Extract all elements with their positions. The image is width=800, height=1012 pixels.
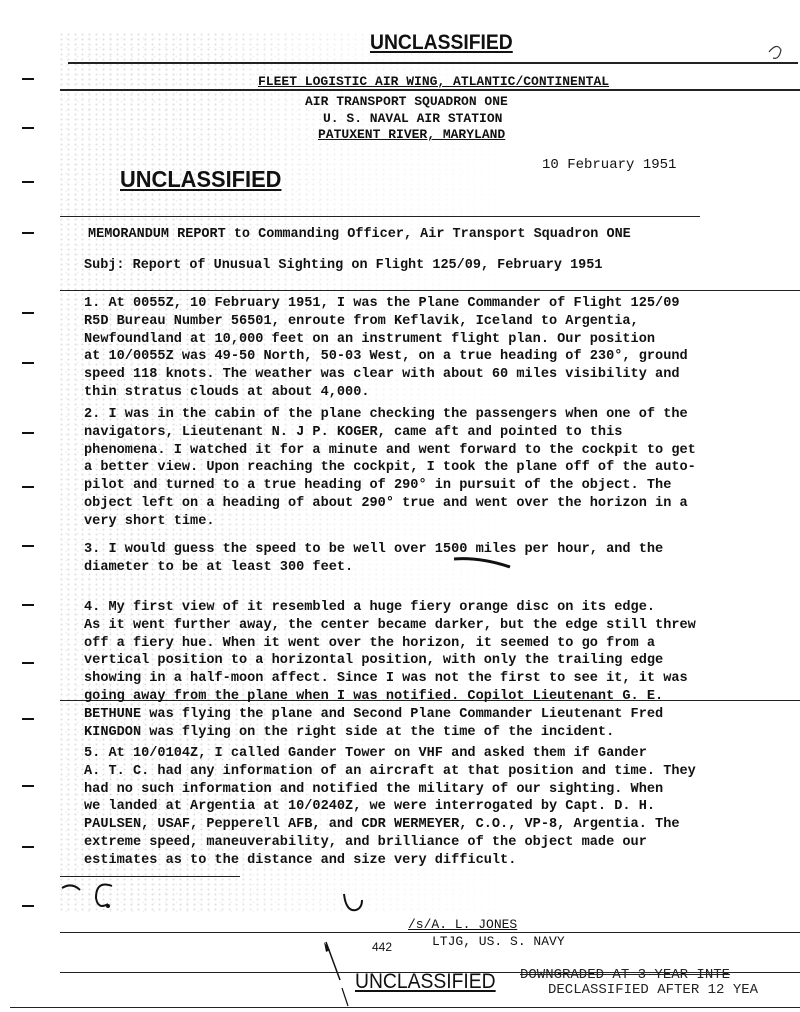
margin-tick <box>22 545 34 547</box>
classification-stamp-top: UNCLASSIFIED <box>370 31 513 55</box>
subject-line: Subj: Report of Unusual Sighting on Flig… <box>84 258 602 273</box>
paragraph-line: KINGDON was flying on the right side at … <box>84 724 744 742</box>
paragraph-line: a better view. Upon reaching the cockpit… <box>84 459 744 477</box>
margin-tick <box>22 127 34 129</box>
paragraph-line: off a fiery hue. When it went over the h… <box>84 635 744 653</box>
margin-tick <box>22 604 34 606</box>
handwritten-mark-icon <box>60 880 140 930</box>
paragraph-line: 5. At 10/0104Z, I called Gander Tower on… <box>84 745 744 763</box>
paragraph-line: As it went further away, the center beca… <box>84 617 744 635</box>
signature-name: /s/A. L. JONES <box>408 917 517 932</box>
paragraph-line: showing in a half-moon affect. Since I w… <box>84 670 744 688</box>
classification-stamp-middle: UNCLASSIFIED <box>120 166 281 193</box>
paragraph-2: 2. I was in the cabin of the plane check… <box>84 406 744 531</box>
paragraph-line: phenomena. I watched it for a minute and… <box>84 442 744 460</box>
handwritten-arrow-icon <box>322 940 352 1010</box>
paragraph-line: at 10/0055Z was 49-50 North, 50-03 West,… <box>84 348 744 366</box>
paragraph-line: had no such information and notified the… <box>84 781 744 799</box>
margin-tick <box>22 486 34 488</box>
margin-tick <box>22 662 34 664</box>
paragraph-line: 4. My first view of it resembled a huge … <box>84 599 744 617</box>
paragraph-line: very short time. <box>84 513 744 531</box>
document-page: UNCLASSIFIED UNCLASSIFIED UNCLASSIFIED F… <box>0 0 800 1012</box>
paragraph-line: thin stratus clouds at about 4,000. <box>84 384 744 402</box>
letterhead-line-2: AIR TRANSPORT SQUADRON ONE <box>305 93 508 110</box>
paragraph-line: R5D Bureau Number 56501, enroute from Ke… <box>84 313 744 331</box>
paragraph-line: diameter to be at least 300 feet. <box>84 559 744 577</box>
scan-line <box>60 216 700 217</box>
memo-line: MEMORANDUM REPORT to Commanding Officer,… <box>88 227 631 242</box>
paragraph-line: speed 118 knots. The weather was clear w… <box>84 366 744 384</box>
margin-tick <box>22 312 34 314</box>
paragraph-line: navigators, Lieutenant N. J P. KOGER, ca… <box>84 424 744 442</box>
paragraph-1: 1. At 0055Z, 10 February 1951, I was the… <box>84 295 744 402</box>
paragraph-5: 5. At 10/0104Z, I called Gander Tower on… <box>84 745 744 870</box>
paragraph-3: 3. I would guess the speed to be well ov… <box>84 541 744 577</box>
paragraph-line: object left on a heading of about 290° t… <box>84 495 744 513</box>
downgrade-line-2: DECLASSIFIED AFTER 12 YEA <box>520 983 758 998</box>
margin-tick <box>22 362 34 364</box>
paragraph-line: Newfoundland at 10,000 feet on an instru… <box>84 331 744 349</box>
paragraph-line: going away from the plane when I was not… <box>84 688 744 706</box>
handwritten-underline-icon <box>450 555 520 575</box>
page-number: 442 <box>372 940 392 954</box>
paragraph-line: pilot and turned to a true heading of 29… <box>84 477 744 495</box>
paragraph-line: 3. I would guess the speed to be well ov… <box>84 541 744 559</box>
downgrade-notice: DOWNGRADED AT 3 YEAR INTE DECLASSIFIED A… <box>520 968 758 998</box>
margin-tick <box>22 846 34 848</box>
margin-tick <box>22 78 34 80</box>
scan-line <box>10 1007 800 1008</box>
paragraph-line: BETHUNE was flying the plane and Second … <box>84 706 744 724</box>
paragraph-line: vertical position to a horizontal positi… <box>84 652 744 670</box>
margin-tick <box>22 785 34 787</box>
classification-stamp-bottom: UNCLASSIFIED <box>355 970 496 994</box>
margin-tick <box>22 905 34 907</box>
paragraph-line: PAULSEN, USAF, Pepperell AFB, and CDR WE… <box>84 816 744 834</box>
letterhead-line-4: PATUXENT RIVER, MARYLAND <box>318 126 505 143</box>
margin-tick <box>22 432 34 434</box>
margin-tick <box>22 718 34 720</box>
scan-line <box>60 876 240 877</box>
handwritten-mark-icon <box>765 40 795 70</box>
paragraph-line: we landed at Argentia at 10/0240Z, we we… <box>84 798 744 816</box>
margin-tick <box>22 181 34 183</box>
scan-line <box>60 290 800 291</box>
paragraph-4: 4. My first view of it resembled a huge … <box>84 599 744 741</box>
handwritten-mark-icon <box>340 890 370 920</box>
downgrade-line-1: DOWNGRADED AT 3 YEAR INTE <box>520 968 758 983</box>
paragraph-line: extreme speed, maneuverability, and bril… <box>84 834 744 852</box>
paragraph-line: 2. I was in the cabin of the plane check… <box>84 406 744 424</box>
letterhead-line-1: FLEET LOGISTIC AIR WING, ATLANTIC/CONTIN… <box>258 73 609 90</box>
document-date: 10 February 1951 <box>542 157 676 173</box>
paragraph-line: estimates as to the distance and size ve… <box>84 852 744 870</box>
signature-block: /s/A. L. JONES LTJG, US. S. NAVY <box>408 916 565 950</box>
paragraph-line: 1. At 0055Z, 10 February 1951, I was the… <box>84 295 744 313</box>
letterhead-line-3: U. S. NAVAL AIR STATION <box>323 110 502 127</box>
scan-line <box>68 62 798 64</box>
margin-tick <box>22 232 34 234</box>
paragraph-line: A. T. C. had any information of an aircr… <box>84 763 744 781</box>
signature-rank: LTJG, US. S. NAVY <box>408 933 565 950</box>
